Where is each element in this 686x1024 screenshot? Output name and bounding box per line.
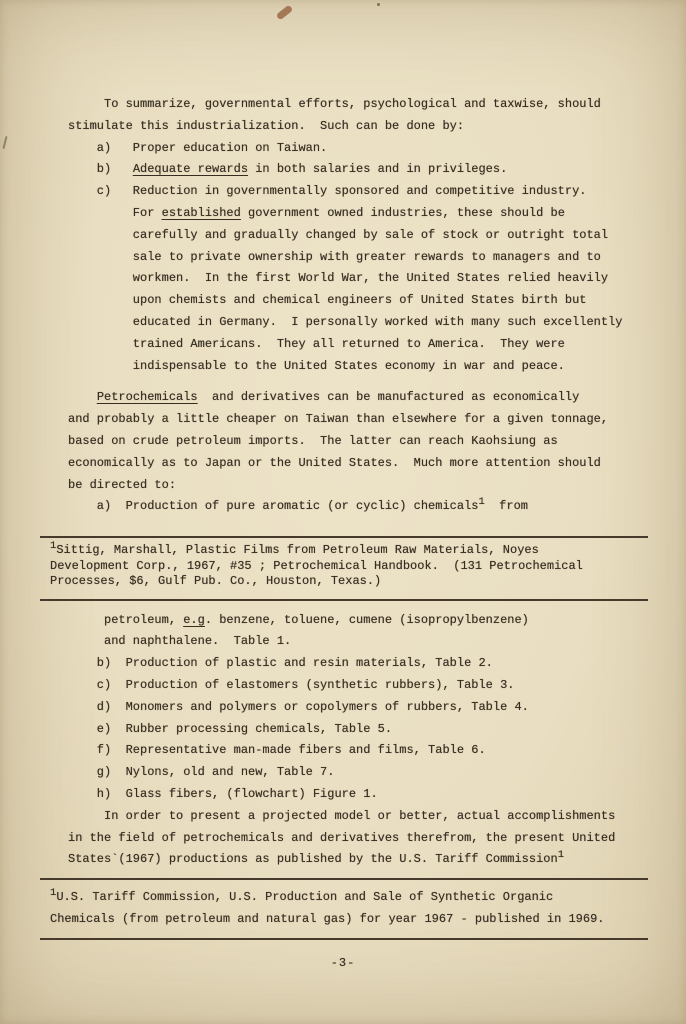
text-line: workmen. In the first World War, the Uni… xyxy=(68,268,660,290)
text-segment: Chemicals (from petroleum and natural ga… xyxy=(50,912,605,926)
text-line: b) Adequate rewards in both salaries and… xyxy=(68,159,660,181)
text-segment: b) xyxy=(68,162,133,176)
text-segment: . benzene, toluene, cumene (isopropylben… xyxy=(205,613,529,627)
text-segment: sale to private ownership with greater r… xyxy=(68,250,601,264)
text-line: sale to private ownership with greater r… xyxy=(68,247,660,269)
text-segment: carefully and gradually changed by sale … xyxy=(68,228,608,242)
text-segment: and derivatives can be manufactured as e… xyxy=(198,390,580,404)
text-line: 1U.S. Tariff Commission, U.S. Production… xyxy=(50,885,648,907)
text-segment: f) Representative man-made fibers and fi… xyxy=(68,743,486,757)
text-segment: Sittig, Marshall, Plastic Films from Pet… xyxy=(56,543,538,557)
text-segment: g) Nylons, old and new, Table 7. xyxy=(68,765,334,779)
text-segment: e) Rubber processing chemicals, Table 5. xyxy=(68,722,392,736)
text-line: States`(1967) productions as published b… xyxy=(68,849,660,871)
text-line: d) Monomers and polymers or copolymers o… xyxy=(68,697,660,719)
text-segment: Processes, $6, Gulf Pub. Co., Houston, T… xyxy=(50,574,381,588)
text-segment: Development Corp., 1967, #35 ; Petrochem… xyxy=(50,559,583,573)
text-segment: States`(1967) productions as published b… xyxy=(68,852,558,866)
footnote-1: 1Sittig, Marshall, Plastic Films from Pe… xyxy=(40,536,648,601)
left-edge-mark xyxy=(2,136,7,149)
text-line: e) Rubber processing chemicals, Table 5. xyxy=(68,719,660,741)
text-segment: To summarize, governmental efforts, psyc… xyxy=(68,97,601,111)
text-line: in the field of petrochemicals and deriv… xyxy=(68,828,660,850)
text-line: To summarize, governmental efforts, psyc… xyxy=(68,94,660,116)
text-segment: b) Production of plastic and resin mater… xyxy=(68,656,493,670)
text-line: Development Corp., 1967, #35 ; Petrochem… xyxy=(50,559,648,575)
text-line: c) Reduction in governmentally sponsored… xyxy=(68,181,660,203)
text-line: indispensable to the United States econo… xyxy=(68,356,660,378)
text-segment: h) Glass fibers, (flowchart) Figure 1. xyxy=(68,787,378,801)
text-line: upon chemists and chemical engineers of … xyxy=(68,290,660,312)
text-line: and probably a little cheaper on Taiwan … xyxy=(68,409,660,431)
text-segment: U.S. Tariff Commission, U.S. Production … xyxy=(56,890,553,904)
text-segment: stimulate this industrialization. Such c… xyxy=(68,119,464,133)
text-line: be directed to: xyxy=(68,475,660,497)
text-line: and naphthalene. Table 1. xyxy=(68,631,660,653)
text-segment: from xyxy=(485,499,528,513)
text-segment: be directed to: xyxy=(68,478,176,492)
text-line: b) Production of plastic and resin mater… xyxy=(68,653,660,675)
document-page: To summarize, governmental efforts, psyc… xyxy=(0,0,686,1024)
text-segment: indispensable to the United States econo… xyxy=(68,359,565,373)
text-segment: For xyxy=(68,206,162,220)
text-segment: In order to present a projected model or… xyxy=(68,809,615,823)
intro-and-points-paragraph: To summarize, governmental efforts, psyc… xyxy=(68,0,660,377)
text-line: petroleum, e.g. benzene, toluene, cumene… xyxy=(68,610,660,632)
text-line: In order to present a projected model or… xyxy=(68,806,660,828)
ink-speck-mark xyxy=(377,3,380,6)
text-segment: upon chemists and chemical engineers of … xyxy=(68,293,586,307)
text-line: c) Production of elastomers (synthetic r… xyxy=(68,675,660,697)
text-segment: in both salaries and in privileges. xyxy=(248,162,507,176)
text-line: carefully and gradually changed by sale … xyxy=(68,225,660,247)
tables-list-and-closing-paragraph: petroleum, e.g. benzene, toluene, cumene… xyxy=(68,610,660,872)
text-line: Chemicals (from petroleum and natural ga… xyxy=(50,907,648,929)
text-segment: trained Americans. They all returned to … xyxy=(68,337,565,351)
text-segment: and probably a little cheaper on Taiwan … xyxy=(68,412,608,426)
text-line: economically as to Japan or the United S… xyxy=(68,453,660,475)
text-line: stimulate this industrialization. Such c… xyxy=(68,116,660,138)
underlined-text-segment: Adequate rewards xyxy=(133,162,248,176)
underlined-text-segment: established xyxy=(162,206,241,220)
footnote-reference-superscript: 1 xyxy=(478,496,484,508)
text-line: Processes, $6, Gulf Pub. Co., Houston, T… xyxy=(50,574,648,590)
text-segment: c) Production of elastomers (synthetic r… xyxy=(68,678,514,692)
text-segment: based on crude petroleum imports. The la… xyxy=(68,434,558,448)
text-line: Petrochemicals and derivatives can be ma… xyxy=(68,387,660,409)
footnote-reference-superscript: 1 xyxy=(558,849,564,861)
underlined-text-segment: e.g xyxy=(183,613,205,627)
text-segment: d) Monomers and polymers or copolymers o… xyxy=(68,700,529,714)
underlined-text-segment: Petrochemicals xyxy=(97,390,198,404)
text-segment: a) Proper education on Taiwan. xyxy=(68,141,327,155)
text-segment: c) Reduction in governmentally sponsored… xyxy=(68,184,586,198)
text-segment xyxy=(68,390,97,404)
text-segment: and naphthalene. Table 1. xyxy=(68,634,291,648)
text-segment: petroleum, xyxy=(68,613,183,627)
text-line: f) Representative man-made fibers and fi… xyxy=(68,740,660,762)
text-line: g) Nylons, old and new, Table 7. xyxy=(68,762,660,784)
text-line: a) Proper education on Taiwan. xyxy=(68,138,660,160)
footnote-2: 1U.S. Tariff Commission, U.S. Production… xyxy=(40,878,648,940)
text-segment: government owned industries, these shoul… xyxy=(241,206,565,220)
text-segment: educated in Germany. I personally worked… xyxy=(68,315,623,329)
text-line: h) Glass fibers, (flowchart) Figure 1. xyxy=(68,784,660,806)
text-line: trained Americans. They all returned to … xyxy=(68,334,660,356)
text-line: educated in Germany. I personally worked… xyxy=(68,312,660,334)
text-line: a) Production of pure aromatic (or cycli… xyxy=(68,496,660,518)
footnote-reference-superscript: 1 xyxy=(50,887,56,899)
text-line: For established government owned industr… xyxy=(68,203,660,225)
text-line: 1Sittig, Marshall, Plastic Films from Pe… xyxy=(50,543,648,559)
page-number: -3- xyxy=(0,956,686,970)
text-line: based on crude petroleum imports. The la… xyxy=(68,431,660,453)
text-segment: in the field of petrochemicals and deriv… xyxy=(68,831,615,845)
text-segment: workmen. In the first World War, the Uni… xyxy=(68,271,608,285)
text-segment: a) Production of pure aromatic (or cycli… xyxy=(68,499,478,513)
footnote-reference-superscript: 1 xyxy=(50,540,56,552)
text-segment: economically as to Japan or the United S… xyxy=(68,456,601,470)
petrochemicals-paragraph: Petrochemicals and derivatives can be ma… xyxy=(68,387,660,518)
